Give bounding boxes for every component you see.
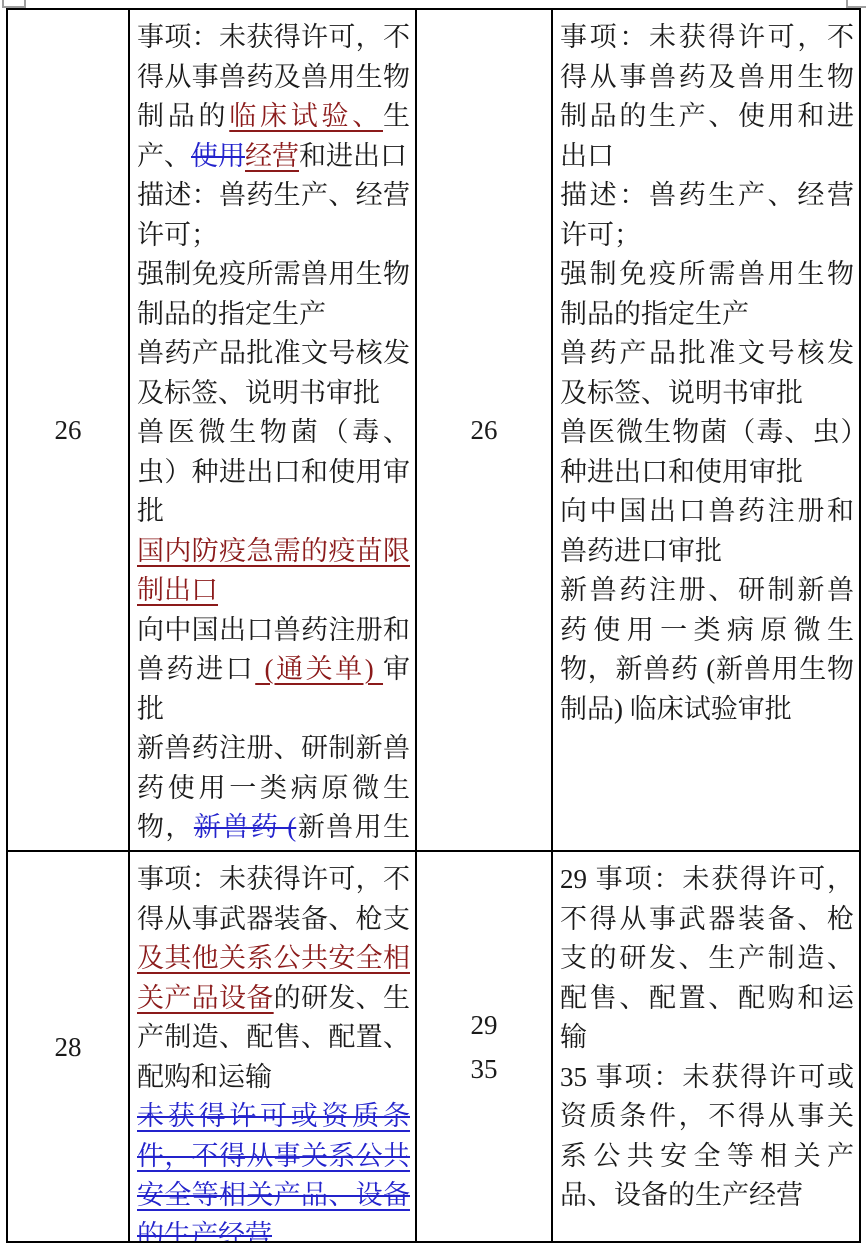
clause-text: 事项：未获得许可，不得从事兽药及兽用生物制品的生产、使用和进出口 <box>560 22 854 171</box>
clause-text: 描述：兽药生产、经营许可； <box>560 180 854 250</box>
inserted-text: 经营 <box>245 141 299 171</box>
deleted-text: 使用 <box>191 141 245 171</box>
clause-paragraph: 29 事项：未获得许可，不得从事武器装备、枪支的研发、生产制造、配售、配置、配购… <box>560 860 854 1058</box>
clause-text: 强制免疫所需兽用生物制品的指定生产 <box>137 259 410 329</box>
row1-left-number-cell: 26 <box>8 10 130 852</box>
row1-left-clause-cell: 事项：未获得许可，不得从事兽药及兽用生物制品的临床试验、生产、使用经营和进出口描… <box>130 10 417 852</box>
cropped-table-remnant-top-right <box>846 0 866 8</box>
clause-text: 描述：兽药生产、经营许可； <box>137 180 410 250</box>
clause-paragraph: 兽药产品批准文号核发及标签、说明书审批 <box>560 334 854 413</box>
document-page: 26 事项：未获得许可，不得从事兽药及兽用生物制品的临床试验、生产、使用经营和进… <box>0 0 866 1248</box>
clause-paragraph: 新兽药注册、研制新兽药使用一类病原微生物，新兽药 (新兽用生物制品) 临床试验审… <box>137 729 410 852</box>
clause-paragraph: 强制免疫所需兽用生物制品的指定生产 <box>137 255 410 334</box>
row-number: 26 <box>471 408 498 452</box>
inserted-text: 国内防疫急需的疫苗限制出口 <box>137 536 410 606</box>
clause-text: 向中国出口兽药注册和兽药进口审批 <box>560 496 854 566</box>
clause-text: 事项：未获得许可，不得从事武器装备、枪支 <box>137 864 410 934</box>
row-number: 29 <box>471 1003 498 1047</box>
clause-paragraph: 国内防疫急需的疫苗限制出口 <box>137 532 410 611</box>
inserted-text: (通关单) <box>255 654 383 684</box>
row1-right-number-cell: 26 <box>417 10 553 852</box>
clause-paragraph: 兽医微生物菌（毒、虫）种进出口和使用审批 <box>137 413 410 532</box>
row2-left-number-cell: 28 <box>8 852 130 1241</box>
clause-text: 兽医微生物菌（毒、虫）种进出口和使用审批 <box>137 417 410 526</box>
clause-text: 29 事项：未获得许可，不得从事武器装备、枪支的研发、生产制造、配售、配置、配购… <box>560 864 854 1052</box>
row-number: 35 <box>471 1047 498 1091</box>
clause-paragraph: 描述：兽药生产、经营许可； <box>137 176 410 255</box>
clause-text: 兽药产品批准文号核发及标签、说明书审批 <box>560 338 854 408</box>
row2-right-number-cell: 29 35 <box>417 852 553 1241</box>
row-number: 26 <box>55 408 82 452</box>
clause-paragraph: 描述：兽药生产、经营许可； <box>560 176 854 255</box>
clause-text: 兽医微生物菌（毒、虫）种进出口和使用审批 <box>560 417 854 487</box>
clause-text: 35 事项：未获得许可或资质条件，不得从事关系公共安全等相关产品、设备的生产经营 <box>560 1062 854 1211</box>
clause-paragraph: 事项：未获得许可，不得从事兽药及兽用生物制品的临床试验、生产、使用经营和进出口 <box>137 18 410 176</box>
clause-paragraph: 强制免疫所需兽用生物制品的指定生产 <box>560 255 854 334</box>
inserted-text: 临床试验、 <box>229 101 383 131</box>
clause-paragraph: 事项：未获得许可，不得从事武器装备、枪支及其他关系公共安全相关产品设备的研发、生… <box>137 860 410 1097</box>
clause-text: 和进出口 <box>299 141 407 171</box>
clause-text: 兽药产品批准文号核发及标签、说明书审批 <box>137 338 410 408</box>
clause-paragraph: 向中国出口兽药注册和兽药进口审批 <box>560 492 854 571</box>
row-number: 28 <box>55 1025 82 1069</box>
clause-paragraph: 35 事项：未获得许可或资质条件，不得从事关系公共安全等相关产品、设备的生产经营 <box>560 1058 854 1216</box>
deleted-text: 新兽药 ( <box>194 812 296 842</box>
clause-text: 新兽药注册、研制新兽药使用一类病原微生物，新兽药 (新兽用生物制品) 临床试验审… <box>560 575 854 724</box>
clause-text: 强制免疫所需兽用生物制品的指定生产 <box>560 259 854 329</box>
row1-right-clause-cell: 事项：未获得许可，不得从事兽药及兽用生物制品的生产、使用和进出口描述：兽药生产、… <box>553 10 859 852</box>
comparison-table: 26 事项：未获得许可，不得从事兽药及兽用生物制品的临床试验、生产、使用经营和进… <box>6 8 861 1243</box>
clause-paragraph: 新兽药注册、研制新兽药使用一类病原微生物，新兽药 (新兽用生物制品) 临床试验审… <box>560 571 854 729</box>
clause-paragraph: 向中国出口兽药注册和兽药进口 (通关单) 审批 <box>137 611 410 730</box>
clause-paragraph: 兽医微生物菌（毒、虫）种进出口和使用审批 <box>560 413 854 492</box>
row2-right-clause-cell: 29 事项：未获得许可，不得从事武器装备、枪支的研发、生产制造、配售、配置、配购… <box>553 852 859 1241</box>
clause-paragraph: 未获得许可或资质条件，不得从事关系公共安全等相关产品、设备的生产经营 <box>137 1097 410 1241</box>
cropped-table-remnant-top-left <box>2 0 26 8</box>
clause-paragraph: 兽药产品批准文号核发及标签、说明书审批 <box>137 334 410 413</box>
row2-left-clause-cell: 事项：未获得许可，不得从事武器装备、枪支及其他关系公共安全相关产品设备的研发、生… <box>130 852 417 1241</box>
clause-paragraph: 事项：未获得许可，不得从事兽药及兽用生物制品的生产、使用和进出口 <box>560 18 854 176</box>
deleted-inserted-text: 未获得许可或资质条件，不得从事关系公共安全等相关产品、设备的生产经营 <box>137 1101 410 1241</box>
